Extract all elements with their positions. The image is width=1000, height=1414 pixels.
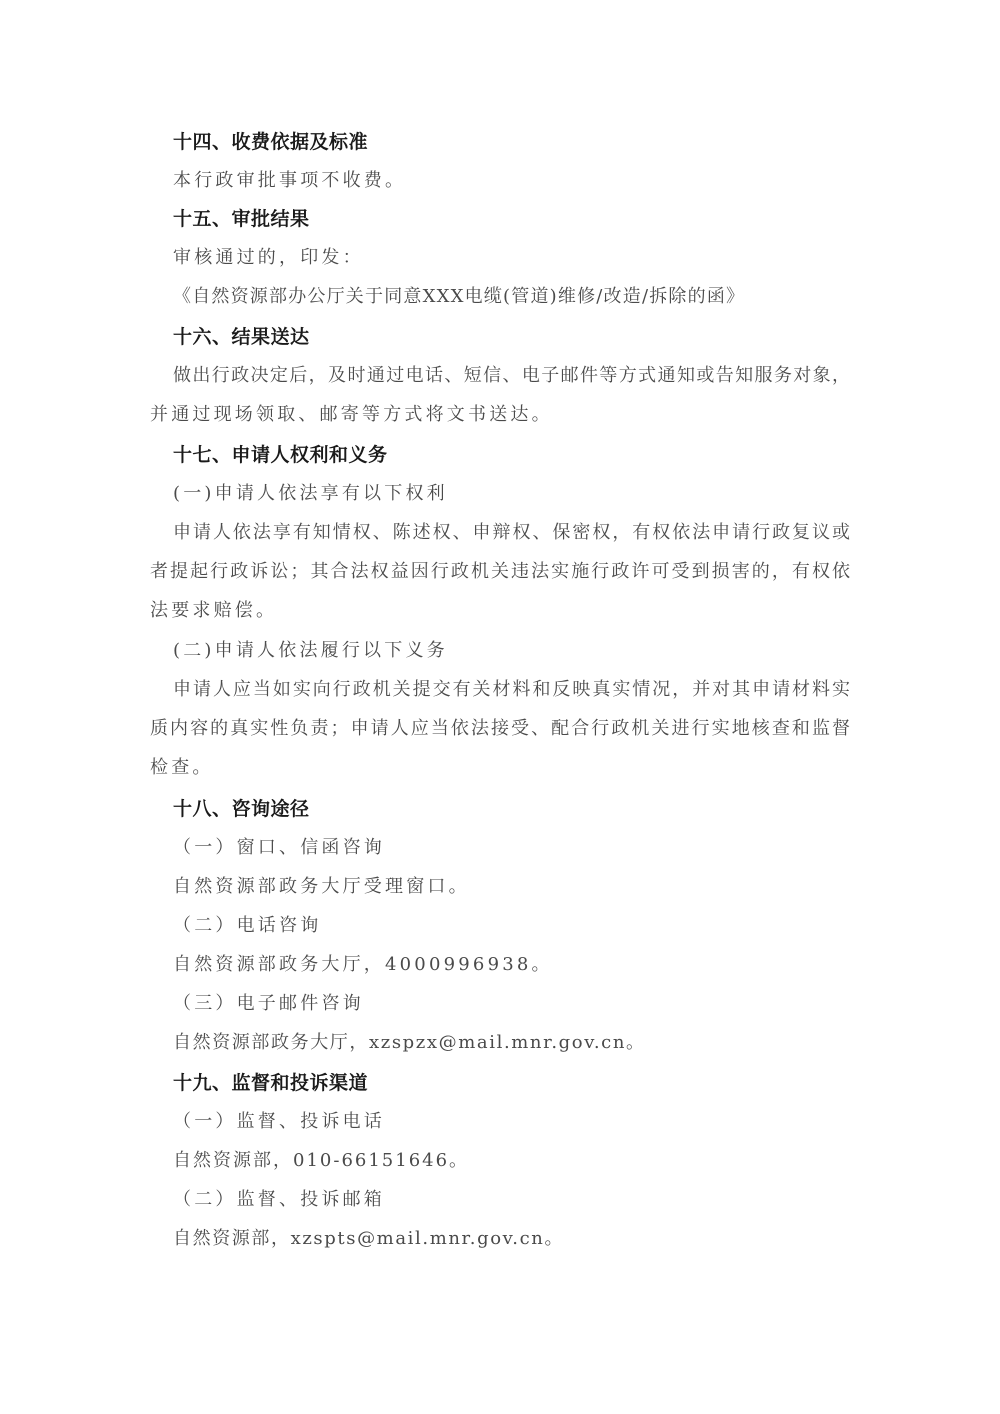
approval-result-document-title: 《自然资源部办公厅关于同意XXX电缆(管道)维修/改造/拆除的函》 [173, 285, 873, 309]
obligations-line-3: 检查。 [150, 756, 850, 780]
consult-window-content: 自然资源部政务大厅受理窗口。 [173, 875, 873, 899]
obligations-subtitle: (二)申请人依法履行以下义务 [173, 639, 873, 663]
complaint-email-title: （二）监督、投诉邮箱 [173, 1188, 873, 1212]
consult-window-title: （一）窗口、信函咨询 [173, 836, 873, 860]
delivery-line-1: 做出行政决定后，及时通过电话、短信、电子邮件等方式通知或告知服务对象， [173, 364, 850, 388]
complaint-email-content: 自然资源部，xzspts@mail.mnr.gov.cn。 [173, 1227, 873, 1251]
complaint-phone-title: （一）监督、投诉电话 [173, 1110, 873, 1134]
obligations-line-2: 质内容的真实性负责；申请人应当依法接受、配合行政机关进行实地核查和监督 [150, 717, 850, 741]
section-heading-supervision-complaints: 十九、监督和投诉渠道 [173, 1071, 368, 1095]
section-heading-result-delivery: 十六、结果送达 [173, 325, 310, 349]
consult-email-content: 自然资源部政务大厅，xzspzx@mail.mnr.gov.cn。 [173, 1031, 873, 1055]
fee-statement: 本行政审批事项不收费。 [173, 169, 873, 193]
approval-result-intro: 审核通过的，印发： [173, 246, 873, 270]
section-heading-applicant-rights-obligations: 十七、申请人权利和义务 [173, 443, 388, 467]
section-heading-fee-basis: 十四、收费依据及标准 [173, 130, 368, 154]
rights-line-3: 法要求赔偿。 [150, 599, 850, 623]
consult-email-title: （三）电子邮件咨询 [173, 992, 873, 1016]
document-page: 十四、收费依据及标准 本行政审批事项不收费。 十五、审批结果 审核通过的，印发：… [0, 0, 1000, 1414]
rights-line-1: 申请人依法享有知情权、陈述权、申辩权、保密权，有权依法申请行政复议或 [173, 521, 850, 545]
obligations-line-1: 申请人应当如实向行政机关提交有关材料和反映真实情况，并对其申请材料实 [173, 678, 850, 702]
consult-phone-title: （二）电话咨询 [173, 914, 873, 938]
consult-phone-content: 自然资源部政务大厅，4000996938。 [173, 953, 873, 977]
complaint-phone-content: 自然资源部，010-66151646。 [173, 1149, 873, 1173]
delivery-line-2: 并通过现场领取、邮寄等方式将文书送达。 [150, 403, 850, 427]
rights-line-2: 者提起行政诉讼；其合法权益因行政机关违法实施行政许可受到损害的，有权依 [150, 560, 850, 584]
section-heading-consultation: 十八、咨询途径 [173, 797, 310, 821]
rights-subtitle: (一)申请人依法享有以下权利 [173, 482, 873, 506]
section-heading-approval-result: 十五、审批结果 [173, 207, 310, 231]
